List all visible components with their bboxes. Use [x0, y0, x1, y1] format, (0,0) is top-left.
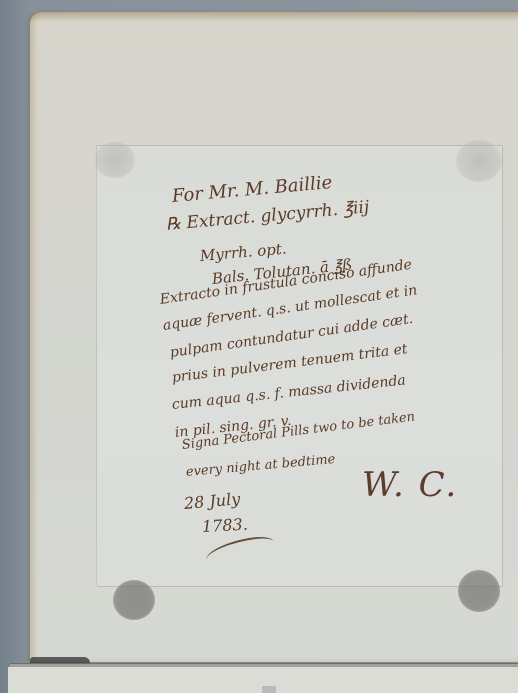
wax-seal-mark-bottom-right [458, 570, 500, 612]
wax-seal-mark-top-left [95, 142, 135, 178]
wax-seal-mark-top-right [456, 140, 502, 182]
page-mark [262, 686, 276, 693]
physician-initials: W. C. [362, 465, 458, 505]
date-year: 1783. [202, 515, 249, 536]
wax-seal-mark-bottom-left [113, 580, 155, 620]
